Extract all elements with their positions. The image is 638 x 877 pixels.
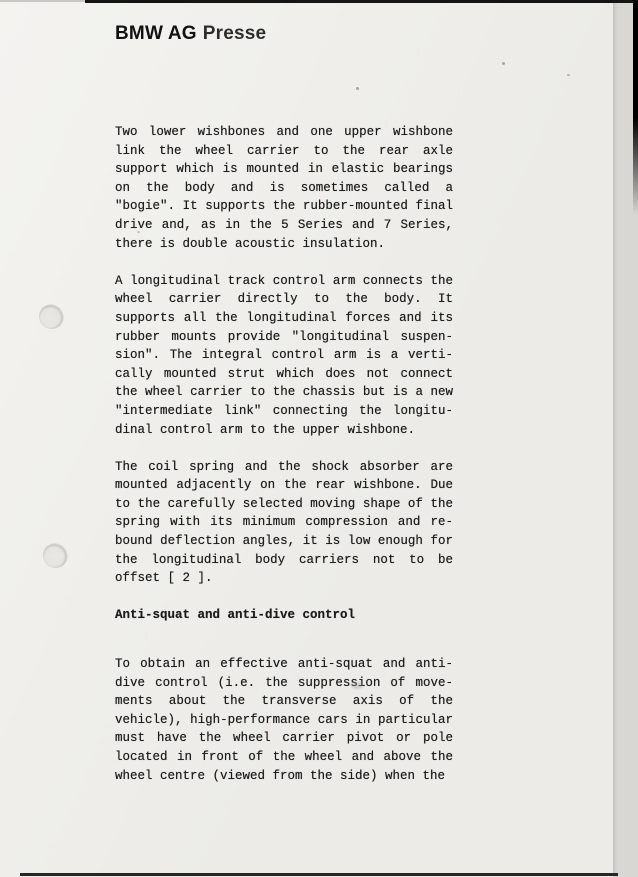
document-body: Two lower wishbones and one upper wishbo… [115,123,453,804]
text-line: "intermediate link" connecting the longi… [115,402,453,421]
text-line: rubber mounts provide "longitudinal susp… [115,328,453,347]
scan-smudge [351,682,363,689]
scan-edge-top-line [85,0,638,3]
scan-speck [356,87,359,90]
text-line: offset [ 2 ]. [115,569,453,588]
text-line: Two lower wishbones and one upper wishbo… [115,123,453,142]
scan-edge-bottom-line [20,873,618,876]
text-line: drive and, as in the 5 Series and 7 Seri… [115,216,453,235]
section-heading: Anti-squat and anti-dive control [115,606,453,625]
scan-speck [502,62,505,65]
paragraph: A longitudinal track control arm connect… [115,272,453,439]
scan-stage: BMW AGPresse Two lower wishbones and one… [0,0,638,877]
text-line: must have the wheel carrier pivot or pol… [115,729,453,748]
paragraph: The coil spring and the shock absorber a… [115,458,453,588]
text-line: on the body and is sometimes called a [115,179,453,198]
text-line: to the carefully selected moving shape o… [115,495,453,514]
text-line: A longitudinal track control arm connect… [115,272,453,291]
punch-hole-top [39,304,64,329]
text-line: To obtain an effective anti-squat and an… [115,655,453,674]
paragraph: Two lower wishbones and one upper wishbo… [115,123,453,253]
scan-speck [137,231,140,233]
text-line: The coil spring and the shock absorber a… [115,458,453,477]
text-line: the longitudinal body carriers not to be [115,551,453,570]
text-line: dinal control arm to the upper wishbone. [115,421,453,440]
text-line: dive control (i.e. the suppression of mo… [115,674,453,693]
text-line: wheel carrier directly to the body. It [115,290,453,309]
text-line: spring with its minimum compression and … [115,513,453,532]
scan-edge-right-sliver [633,0,638,215]
punch-hole-bottom [43,543,68,568]
masthead: BMW AGPresse [115,23,266,45]
text-line: located in front of the wheel and above … [115,748,453,767]
text-line: wheel centre (viewed from the side) when… [115,767,453,786]
paragraph: To obtain an effective anti-squat and an… [115,655,453,785]
masthead-suffix: Presse [203,23,267,44]
text-line: sion". The integral control arm is a ver… [115,346,453,365]
scan-speck [567,74,570,76]
text-line: mounted adjacently on the rear wishbone.… [115,476,453,495]
text-line: bound deflection angles, it is low enoug… [115,532,453,551]
text-line: link the wheel carrier to the rear axle [115,142,453,161]
text-line: "bogie". It supports the rubber-mounted … [115,197,453,216]
text-line: ments about the transverse axis of the [115,692,453,711]
text-line: cally mounted strut which does not conne… [115,365,453,384]
scanned-page: BMW AGPresse Two lower wishbones and one… [0,0,613,877]
scan-edge-top-faint [0,0,86,2]
text-line: support which is mounted in elastic bear… [115,160,453,179]
text-line: the wheel carrier to the chassis but is … [115,383,453,402]
text-line: vehicle), high-performance cars in parti… [115,711,453,730]
text-line: Anti-squat and anti-dive control [115,606,453,625]
masthead-brand: BMW AG [115,23,197,44]
text-line: there is double acoustic insulation. [115,235,453,254]
text-line: supports all the longitudinal forces and… [115,309,453,328]
